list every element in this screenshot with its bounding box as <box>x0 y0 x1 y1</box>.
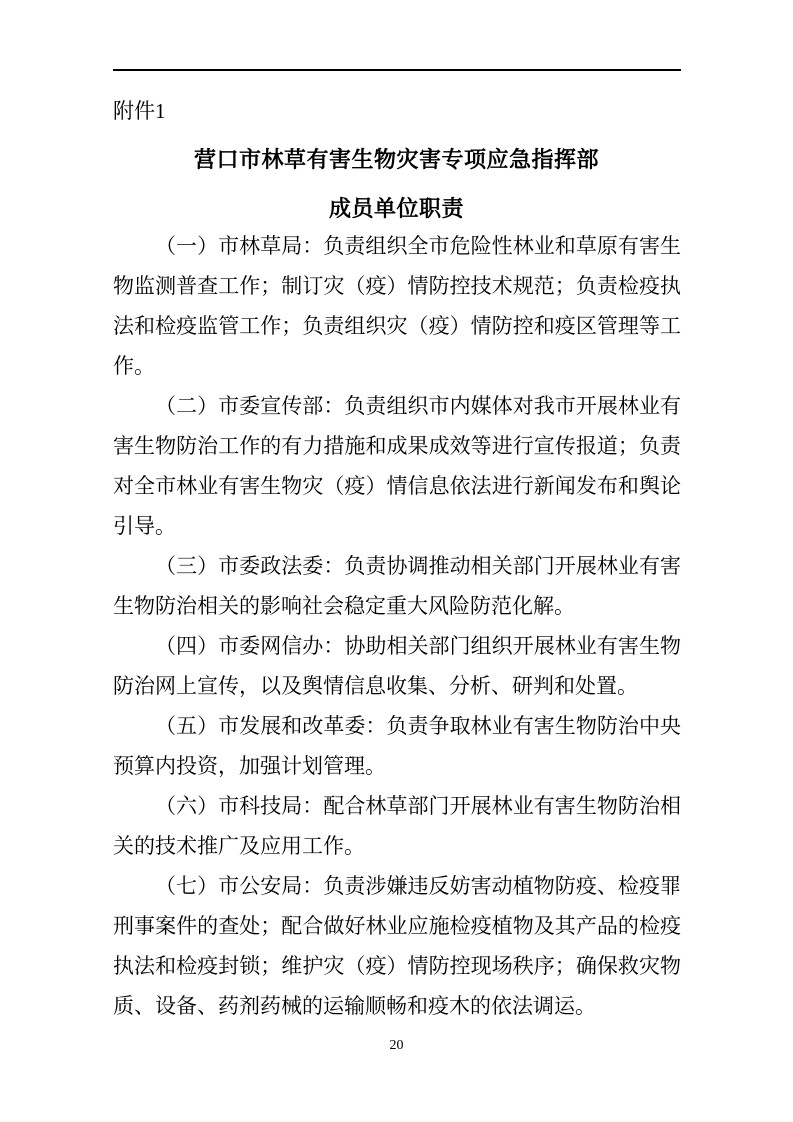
attachment-label: 附件1 <box>113 99 166 123</box>
header-rule <box>113 69 681 71</box>
document-title: 营口市林草有害生物灾害专项应急指挥部 <box>0 146 793 174</box>
paragraph-3: （三）市委政法委：负责协调推动相关部门开展林业有害生物防治相关的影响社会稳定重大… <box>113 546 681 626</box>
document-body: （一）市林草局：负责组织全市危险性林业和草原有害生物监测普查工作；制订灾（疫）情… <box>113 226 681 1026</box>
paragraph-4: （四）市委网信办：协助相关部门组织开展林业有害生物防治网上宣传，以及舆情信息收集… <box>113 626 681 706</box>
document-subtitle: 成员单位职责 <box>0 195 793 223</box>
document-page: 附件1 营口市林草有害生物灾害专项应急指挥部 成员单位职责 （一）市林草局：负责… <box>0 0 793 1122</box>
page-number: 20 <box>0 1037 793 1055</box>
paragraph-7: （七）市公安局：负责涉嫌违反妨害动植物防疫、检疫罪刑事案件的查处；配合做好林业应… <box>113 866 681 1026</box>
paragraph-5: （五）市发展和改革委：负责争取林业有害生物防治中央预算内投资，加强计划管理。 <box>113 706 681 786</box>
paragraph-2: （二）市委宣传部：负责组织市内媒体对我市开展林业有害生物防治工作的有力措施和成果… <box>113 386 681 546</box>
paragraph-1: （一）市林草局：负责组织全市危险性林业和草原有害生物监测普查工作；制订灾（疫）情… <box>113 226 681 386</box>
paragraph-6: （六）市科技局：配合林草部门开展林业有害生物防治相关的技术推广及应用工作。 <box>113 786 681 866</box>
